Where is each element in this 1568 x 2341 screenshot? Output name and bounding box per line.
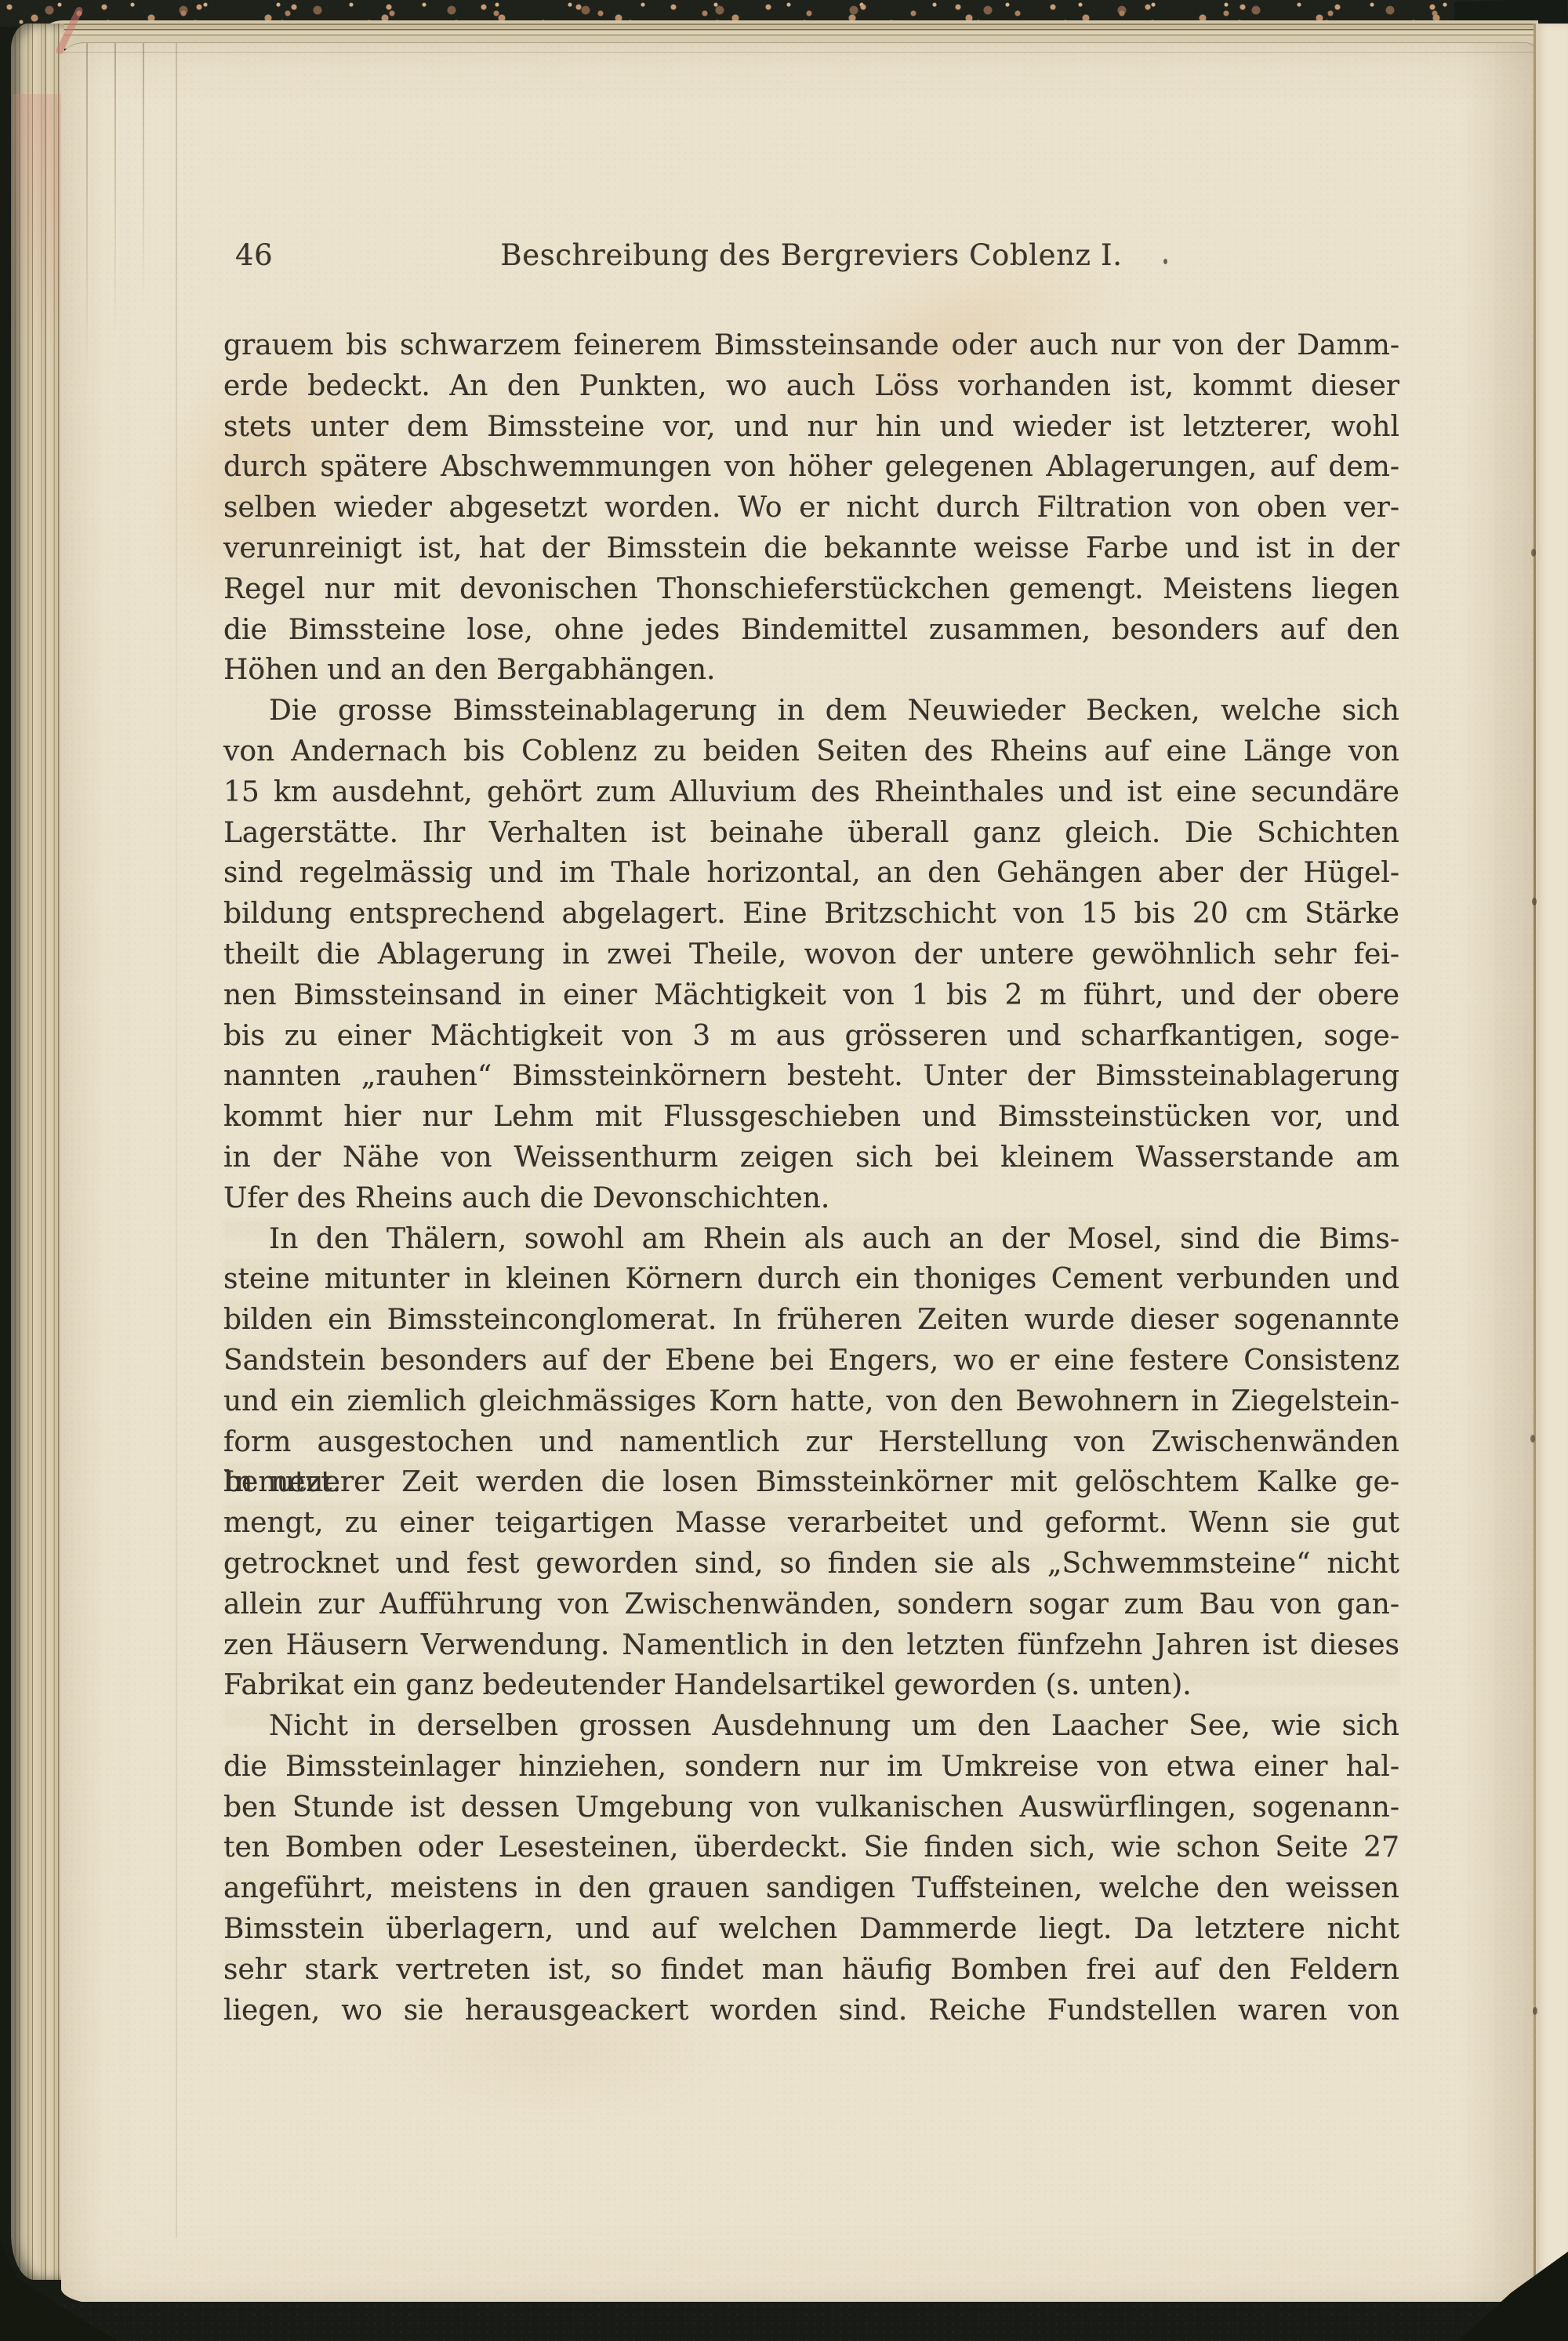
text-line: grauem bis schwarzem feinerem Bimssteins… (223, 325, 1399, 366)
text-line: Ufer des Rheins auch die Devonschichten. (223, 1178, 1399, 1219)
text-line: angeführt, meistens in den grauen sandig… (223, 1868, 1399, 1909)
text-line: sehr stark vertreten ist, so findet man … (223, 1950, 1399, 1991)
text-line: steine mitunter in kleinen Körnern durch… (223, 1259, 1399, 1300)
body-text: grauem bis schwarzem feinerem Bimssteins… (223, 325, 1399, 2031)
text-line: die Bimssteinlager hinziehen, sondern nu… (223, 1747, 1399, 1788)
sheet-edge-line (114, 43, 116, 341)
next-page-sliver (1536, 24, 1568, 2289)
text-line: Fabrikat ein ganz bedeutender Handelsart… (223, 1665, 1399, 1706)
text-line: stets unter dem Bimssteine vor, und nur … (223, 407, 1399, 448)
text-line: bis zu einer Mächtigkeit von 3 m aus grö… (223, 1016, 1399, 1057)
dark-background-bottom (0, 2302, 1568, 2341)
text-line: Bimsstein überlagern, und auf welchen Da… (223, 1909, 1399, 1950)
crease-speck (1533, 2007, 1537, 2015)
page-number: 46 (235, 238, 273, 272)
book-page: 46 Beschreibung des Bergreviers Coblenz … (61, 42, 1535, 2306)
text-line: Die grosse Bimssteinablagerung in dem Ne… (223, 691, 1399, 731)
crease-speck (1530, 1435, 1535, 1443)
text-line: nen Bimssteinsand in einer Mächtigkeit v… (223, 975, 1399, 1016)
text-line: In den Thälern, sowohl am Rhein als auch… (223, 1219, 1399, 1260)
crease-speck (1531, 549, 1536, 557)
page-header: 46 Beschreibung des Bergreviers Coblenz … (223, 238, 1399, 276)
sheet-edge-line (143, 43, 144, 302)
text-line: theilt die Ablagerung in zwei Theile, wo… (223, 935, 1399, 975)
text-line: Nicht in derselben grossen Ausdehnung um… (223, 1706, 1399, 1747)
text-line: sind regelmässig und im Thale horizontal… (223, 853, 1399, 894)
fore-edge-page-stack (11, 24, 64, 2280)
text-line: bildung entsprechend abgelagert. Eine Br… (223, 894, 1399, 935)
text-line: liegen, wo sie herausgeackert worden sin… (223, 1991, 1399, 2031)
gutter-shadow (1461, 43, 1535, 2306)
text-line: Lagerstätte. Ihr Verhalten ist beinahe ü… (223, 813, 1399, 854)
text-line: form ausgestochen und namentlich zur Her… (223, 1422, 1399, 1463)
text-line: selben wieder abgesetzt worden. Wo er ni… (223, 488, 1399, 528)
text-line: In neuerer Zeit werden die losen Bimsste… (223, 1462, 1399, 1503)
text-line: kommt hier nur Lehm mit Flussgeschieben … (223, 1097, 1399, 1138)
ink-speck (1163, 259, 1167, 264)
text-line: von Andernach bis Coblenz zu beiden Seit… (223, 731, 1399, 772)
crease-speck (1532, 898, 1537, 906)
text-line: Höhen und an den Bergabhängen. (223, 650, 1399, 691)
text-line: verunreinigt ist, hat der Bimsstein die … (223, 528, 1399, 569)
scanned-book-page: 46 Beschreibung des Bergreviers Coblenz … (0, 0, 1568, 2341)
pink-tint-fore-edge (13, 94, 67, 361)
text-line: erde bedeckt. An den Punkten, wo auch Lö… (223, 366, 1399, 407)
text-line: zen Häusern Verwendung. Namentlich in de… (223, 1625, 1399, 1666)
text-line: Regel nur mit devonischen Thonschieferst… (223, 569, 1399, 610)
text-line: bilden ein Bimssteinconglomerat. In früh… (223, 1300, 1399, 1341)
text-line: ten Bomben oder Lesesteinen, überdeckt. … (223, 1827, 1399, 1868)
text-line: und ein ziemlich gleichmässiges Korn hat… (223, 1381, 1399, 1422)
text-line: 15 km ausdehnt, gehört zum Alluvium des … (223, 772, 1399, 813)
text-line: ben Stunde ist dessen Umgebung von vulka… (223, 1788, 1399, 1828)
text-line: die Bimssteine lose, ohne jedes Bindemit… (223, 610, 1399, 651)
text-line: getrocknet und fest geworden sind, so fi… (223, 1544, 1399, 1584)
sheet-edge-line (176, 43, 177, 2238)
text-line: in der Nähe von Weissenthurm zeigen sich… (223, 1138, 1399, 1178)
text-line: allein zur Aufführung von Zwischenwänden… (223, 1584, 1399, 1625)
sheet-edge-line (86, 43, 88, 380)
text-line: nannten „rauhen“ Bimssteinkörnern besteh… (223, 1056, 1399, 1097)
text-line: mengt, zu einer teigartigen Masse verarb… (223, 1503, 1399, 1544)
text-line: durch spätere Abschwemmungen von höher g… (223, 447, 1399, 488)
text-line: Sandstein besonders auf der Ebene bei En… (223, 1341, 1399, 1381)
running-title: Beschreibung des Bergreviers Coblenz I. (223, 238, 1399, 272)
